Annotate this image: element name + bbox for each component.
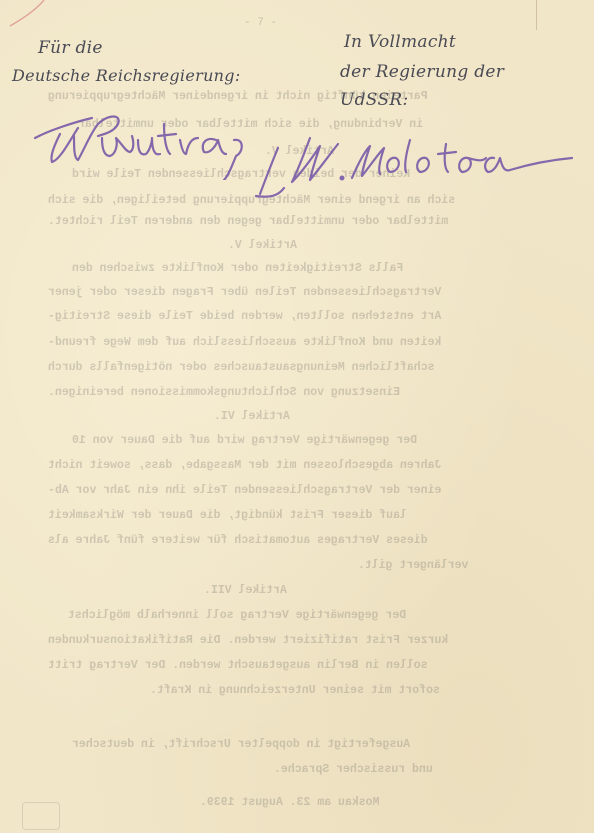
bleed-line: Artikel VI.	[214, 410, 290, 423]
bleed-line: und russischer Sprache.	[274, 763, 433, 776]
bleed-line: Der gegenwärtige Vertrag soll innerhalb …	[68, 609, 406, 622]
bleed-line: sofort mit seiner Unterzeichnung in Kraf…	[150, 684, 440, 697]
molotow-signature	[250, 118, 580, 208]
bleed-line: schaftlichen Meinungsaustausches oder nö…	[48, 361, 434, 374]
soviet-heading-line3: UdSSR:	[340, 90, 409, 110]
bleed-line: Ausgefertigt in doppelter Urschrift, in …	[72, 738, 410, 751]
bleed-line: Moskau am 23. August 1939.	[200, 796, 379, 809]
bleed-line: Einsetzung von Schlichtungskommissionen …	[48, 386, 400, 399]
bleed-line: Falls Streitigkeiten oder Konflikte zwis…	[72, 262, 403, 275]
bleed-line: Artikel V.	[228, 239, 297, 252]
ribbentrop-signature	[30, 100, 270, 180]
bleed-line: verlängert gilt.	[358, 559, 468, 572]
soviet-heading-line1: In Vollmacht	[344, 32, 456, 52]
bleed-line: mittelbar oder unmittelbar gegen den and…	[48, 215, 448, 228]
bleed-line: kurzer Frist ratifiziert werden. Die Rat…	[48, 634, 448, 647]
bleed-line: Artikel VII.	[204, 584, 287, 597]
archive-stamp	[22, 802, 60, 830]
german-heading-line2: Deutsche Reichsregierung:	[12, 66, 241, 85]
bleed-line: keiten und Konflikte ausschliesslich auf…	[48, 336, 441, 349]
bleed-line: sollen in Berlin ausgetauscht werden. De…	[48, 659, 428, 672]
bleed-line: dieses Vertrages automatisch für weitere…	[48, 534, 428, 547]
document-page: - 7 - Parteien künftig nicht in irgendei…	[0, 0, 594, 833]
soviet-heading-line2: der Regierung der	[340, 62, 504, 82]
bleed-line: Der gegenwärtige Vertrag wird auf die Da…	[72, 434, 417, 447]
bleed-line: einer der Vertragschliessenden Teile ihn…	[48, 484, 441, 497]
bleed-line: Vertragschliessenden Teilen über Fragen …	[48, 286, 441, 299]
bleed-line: Art entstehen sollten, werden beide Teil…	[48, 310, 441, 323]
bleed-line: lauf dieser Frist kündigt, die Dauer der…	[48, 509, 407, 522]
german-heading-line1: Für die	[38, 38, 103, 58]
bleed-line: Jahren abgeschlossen mit der Massgabe, d…	[48, 459, 441, 472]
